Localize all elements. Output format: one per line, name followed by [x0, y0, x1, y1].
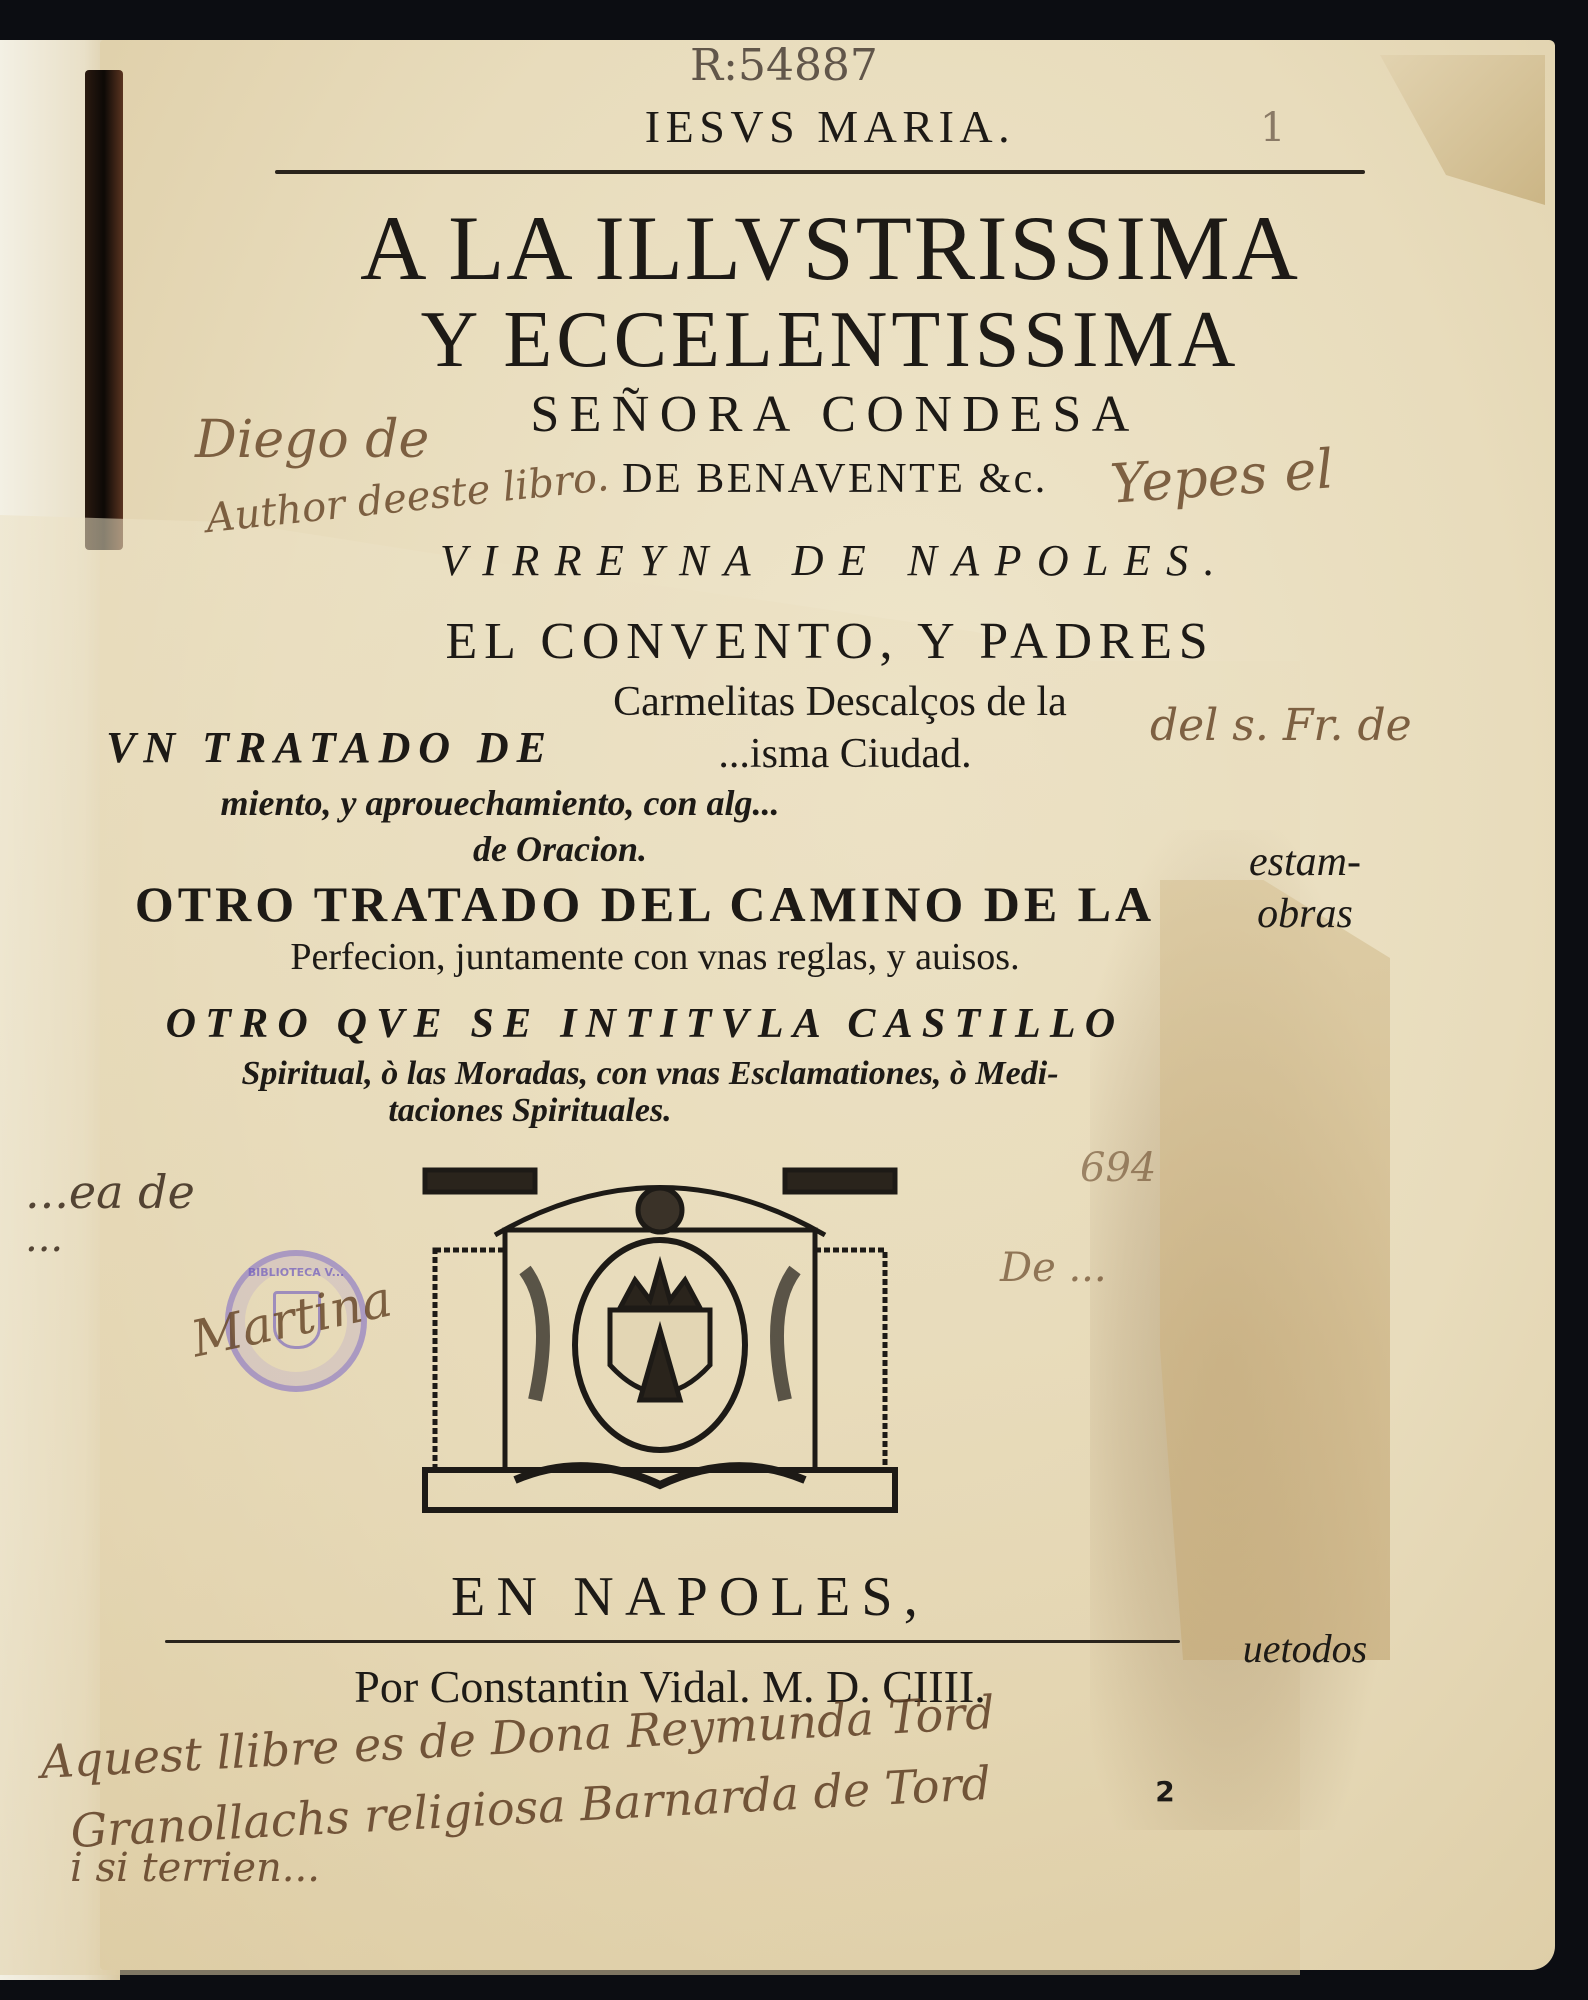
handwriting-left-1: ...ea de [25, 1165, 195, 1219]
dedication-line-4: DE BENAVENTE &c. [622, 455, 1048, 503]
treatise-1-line-2: de Oracion. [473, 828, 647, 870]
dedication-line-5: VIRREYNA DE NAPOLES. [440, 535, 1230, 586]
convent-line-3: ...isma Ciudad. [718, 730, 971, 778]
woodcut-coat-of-arms [405, 1150, 915, 1530]
imprint-place: EN NAPOLES, [451, 1565, 929, 1629]
treatise-3-line-1: OTRO QVE SE INTITVLA CASTILLO [166, 1000, 1125, 1048]
margin-fragment-1: estam- [1249, 838, 1361, 886]
header-rule [275, 170, 1365, 174]
convent-line-2: Carmelitas Descalços de la [613, 678, 1067, 726]
torn-spine-gutter [85, 70, 123, 550]
handwriting-diego-de: Diego de [195, 410, 429, 470]
treatise-3-line-2: Spiritual, ò las Moradas, con vnas Escla… [241, 1055, 1058, 1093]
treatise-1-line-1: miento, y aprouechamiento, con alg... [220, 782, 779, 824]
dedication-line-3: SEÑORA CONDESA [530, 385, 1139, 444]
page-mark: 2 [1155, 1775, 1174, 1808]
folio-number: 1 [1260, 105, 1285, 151]
treatise-2-line-2: Perfecion, juntamente con vnas reglas, y… [290, 935, 1019, 979]
handwriting-ownership-3: i si terrien... [70, 1845, 320, 1891]
treatise-3-line-3: taciones Spirituales. [388, 1092, 671, 1130]
treatise-2-line-1: OTRO TRATADO DEL CAMINO DE LA [135, 875, 1155, 933]
dedication-line-2: Y ECCELENTISSIMA [421, 295, 1240, 386]
margin-fragment-3: uetodos [1243, 1625, 1367, 1672]
paper-repair-patch [1160, 880, 1390, 1660]
dedication-line-1: A LA ILLVSTRISSIMA [360, 195, 1300, 301]
handwriting-sketch-text: De ... [1000, 1245, 1107, 1291]
imprint-rule [165, 1640, 1180, 1643]
margin-fragment-2: obras [1257, 890, 1353, 938]
treatise-1-title: VN TRATADO DE [106, 722, 554, 773]
handwriting-left-2: ... [25, 1215, 63, 1261]
header-iesus-maria: IESVS MARIA. [645, 100, 1015, 153]
convent-line-1: EL CONVENTO, Y PADRES [446, 612, 1215, 671]
handwriting-sketch-number: 694 [1080, 1145, 1156, 1191]
handwriting-del-fr: del s. Fr. de [1150, 700, 1412, 751]
call-number: R:54887 [690, 40, 878, 91]
